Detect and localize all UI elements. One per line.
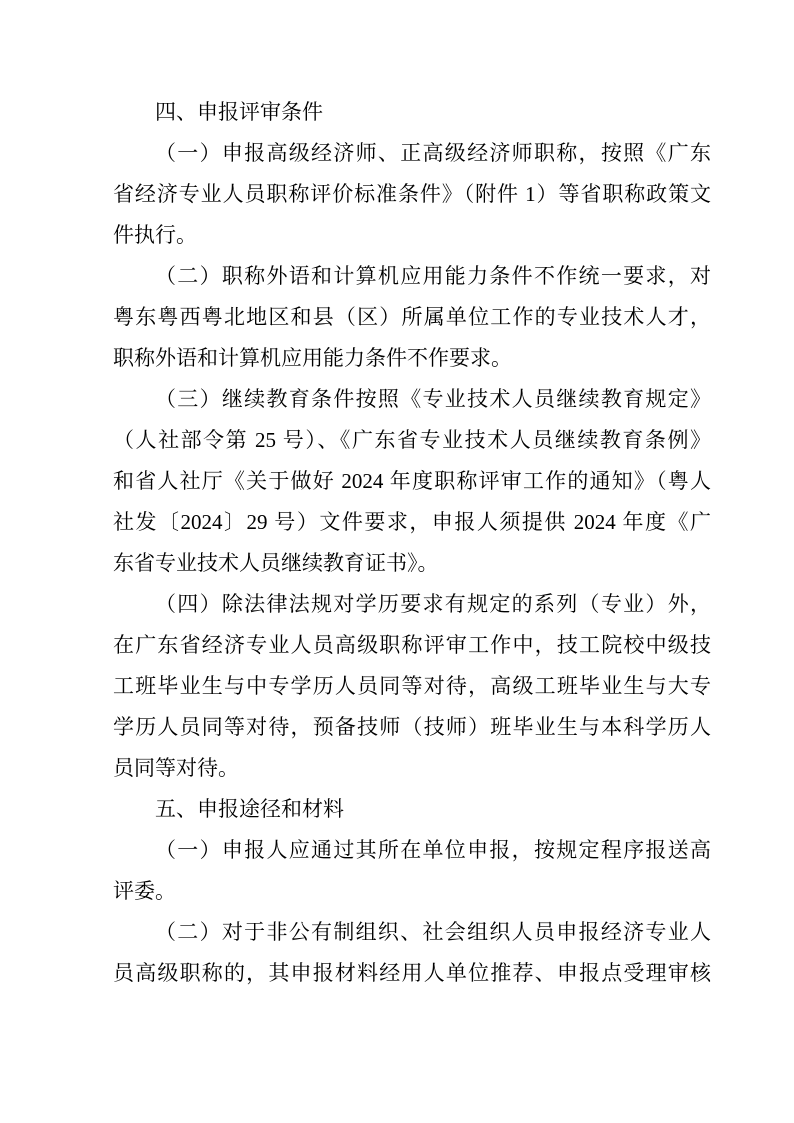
document-line: （一）申报高级经济师、正高级经济师职称，按照《广东	[113, 133, 711, 174]
document-line: 工班毕业生与中专学历人员同等对待，高级工班毕业生与大专	[113, 666, 711, 707]
document-line: 学历人员同等对待，预备技师（技师）班毕业生与本科学历人	[113, 707, 711, 748]
document-line: （二）对于非公有制组织、社会组织人员申报经济专业人	[113, 912, 711, 953]
document-body: 四、申报评审条件（一）申报高级经济师、正高级经济师职称，按照《广东省经济专业人员…	[113, 92, 711, 994]
paragraph-7: （二）对于非公有制组织、社会组织人员申报经济专业人员高级职称的，其申报材料经用人…	[113, 912, 711, 994]
document-line: 员高级职称的，其申报材料经用人单位推荐、申报点受理审核	[113, 953, 711, 994]
document-line: 职称外语和计算机应用能力条件不作要求。	[113, 338, 711, 379]
document-line: 省经济专业人员职称评价标准条件》（附件 1）等省职称政策文	[113, 174, 711, 215]
document-line: 在广东省经济专业人员高级职称评审工作中，技工院校中级技	[113, 625, 711, 666]
section-heading-5: 五、申报途径和材料	[113, 789, 711, 830]
heading-line: 四、申报评审条件	[113, 92, 711, 133]
paragraph-3: （三）继续教育条件按照《专业技术人员继续教育规定》（人社部令第 25 号）、《广…	[113, 379, 711, 584]
document-line: （一）申报人应通过其所在单位申报，按规定程序报送高	[113, 830, 711, 871]
document-line: 社发〔2024〕29 号）文件要求，申报人须提供 2024 年度《广	[113, 502, 711, 543]
document-page: 四、申报评审条件（一）申报高级经济师、正高级经济师职称，按照《广东省经济专业人员…	[0, 0, 794, 1123]
heading-line: 五、申报途径和材料	[113, 789, 711, 830]
paragraph-6: （一）申报人应通过其所在单位申报，按规定程序报送高评委。	[113, 830, 711, 912]
section-heading-0: 四、申报评审条件	[113, 92, 711, 133]
document-line: 员同等对待。	[113, 748, 711, 789]
paragraph-4: （四）除法律法规对学历要求有规定的系列（专业）外，在广东省经济专业人员高级职称评…	[113, 584, 711, 789]
document-line: 件执行。	[113, 215, 711, 256]
document-line: 东省专业技术人员继续教育证书》。	[113, 543, 711, 584]
paragraph-2: （二）职称外语和计算机应用能力条件不作统一要求，对粤东粤西粤北地区和县（区）所属…	[113, 256, 711, 379]
document-line: 评委。	[113, 871, 711, 912]
document-line: （三）继续教育条件按照《专业技术人员继续教育规定》	[113, 379, 711, 420]
document-line: 和省人社厅《关于做好 2024 年度职称评审工作的通知》（粤人	[113, 461, 711, 502]
document-line: （人社部令第 25 号）、《广东省专业技术人员继续教育条例》	[113, 420, 711, 461]
document-line: （四）除法律法规对学历要求有规定的系列（专业）外，	[113, 584, 711, 625]
document-line: 粤东粤西粤北地区和县（区）所属单位工作的专业技术人才，	[113, 297, 711, 338]
paragraph-1: （一）申报高级经济师、正高级经济师职称，按照《广东省经济专业人员职称评价标准条件…	[113, 133, 711, 256]
document-line: （二）职称外语和计算机应用能力条件不作统一要求，对	[113, 256, 711, 297]
